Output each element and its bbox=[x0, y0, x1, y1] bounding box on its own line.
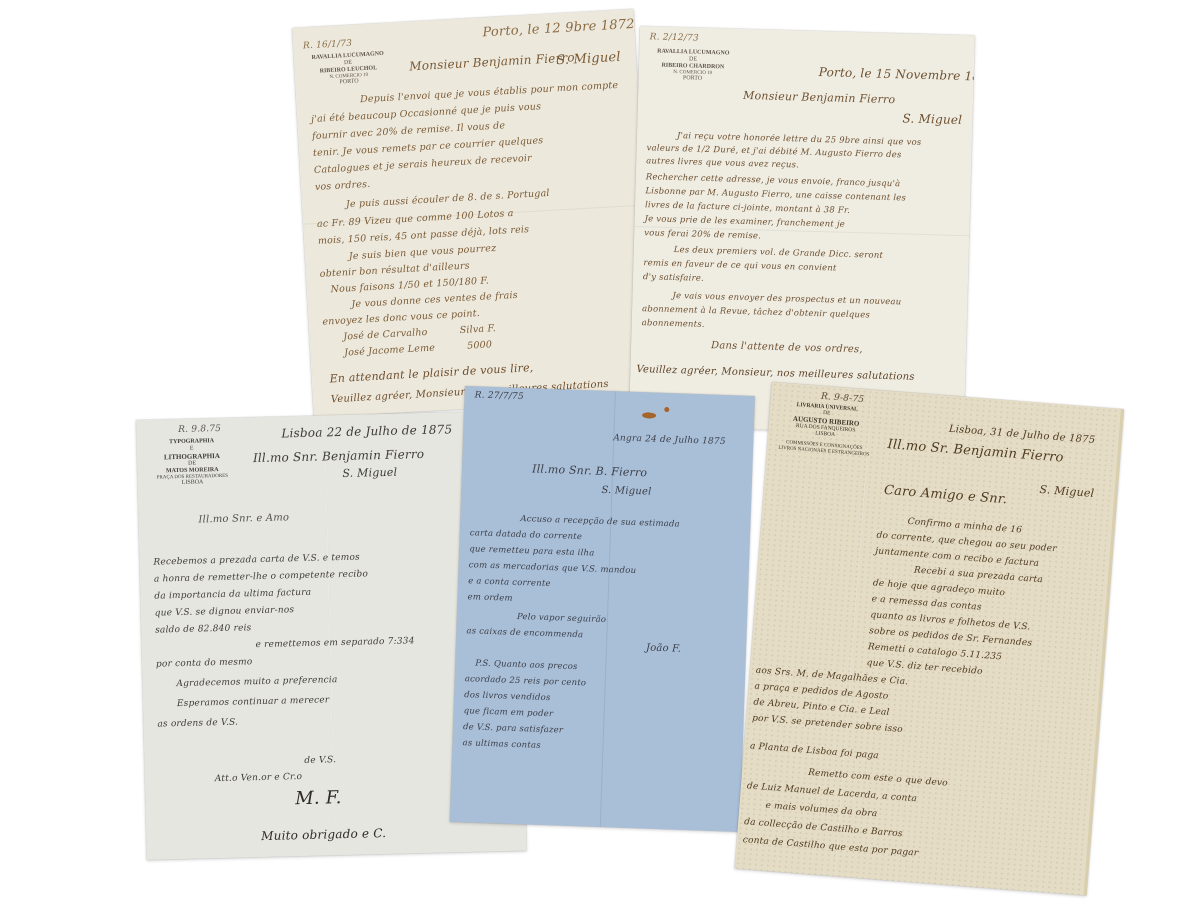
body-line: carta datada do corrente bbox=[470, 528, 583, 542]
body-line: a Planta de Lisboa foi paga bbox=[750, 741, 880, 761]
body-line: livres de la facture ci-jointe, montant … bbox=[645, 200, 850, 216]
reference-note: R. 2/12/73 bbox=[650, 32, 699, 43]
addressee: Monsieur Benjamin Fierro bbox=[409, 50, 575, 73]
closing-line: de V.S. bbox=[304, 755, 336, 766]
place: S. Miguel bbox=[1039, 483, 1095, 500]
body-line: abonnement à la Revue, tâchez d'obtenir … bbox=[642, 304, 870, 320]
body-line: j'ai été beaucoup Occasionné que je puis… bbox=[311, 101, 542, 125]
body-line: Les deux premiers vol. de Grande Dicc. s… bbox=[674, 245, 884, 261]
body-line: Recebemos a prezada carta de V.S. e temo… bbox=[153, 553, 360, 568]
body-line: Confirmo a minha de 16 bbox=[907, 517, 1022, 536]
dateline: Porto, le 15 Novembre 1873 bbox=[819, 65, 975, 84]
body-line: José Jacome Leme 5000 bbox=[344, 339, 493, 358]
body-line: Je vais vous envoyer des prospectus et u… bbox=[672, 291, 901, 307]
reference-note: R. 9.8.75 bbox=[178, 424, 221, 435]
body-line: que remetteu para esta ilha bbox=[469, 544, 594, 558]
body-line: a honra de remetter-lhe o competente rec… bbox=[154, 569, 368, 584]
letterhead: Ravallia Lucumagno de Ribeiro Chardron N… bbox=[642, 48, 743, 84]
addressee: Ill.mo Snr. Benjamin Fierro bbox=[253, 447, 425, 465]
body-line: e a conta corrente bbox=[468, 576, 551, 589]
letter-top-left: R. 16/1/73 Ravallia Lucumagno de Ribeiro… bbox=[292, 9, 655, 417]
body-line: acordado 25 reis por cento bbox=[465, 674, 587, 688]
body-line: em ordem bbox=[467, 592, 512, 604]
body-line: Accuso a recepção de sua estimada bbox=[520, 514, 680, 530]
letterhead-line: Lisboa bbox=[137, 479, 247, 489]
body-line: P.S. Quanto aos precos bbox=[475, 659, 578, 673]
reference-note: R. 16/1/73 bbox=[303, 39, 353, 52]
body-line: Depuis l'envoi que je vous établis pour … bbox=[360, 80, 619, 105]
rust-stain bbox=[642, 412, 656, 418]
signature: João F. bbox=[646, 642, 682, 654]
footer-note: Muito obrigado e C. bbox=[261, 826, 386, 843]
closing-line: Veuillez agréer, Monsieur, nos meilleure… bbox=[636, 364, 915, 383]
dateline: Lisboa 22 de Julho de 1875 bbox=[281, 422, 452, 440]
addressee: Monsieur Benjamin Fierro bbox=[743, 89, 896, 106]
letterhead: Typographia e Lithographia de Matos More… bbox=[136, 437, 247, 488]
salutation: Caro Amigo e Snr. bbox=[883, 483, 1007, 507]
body-line: as ultimas contas bbox=[462, 738, 541, 751]
body-line: que V.S. se dignou enviar-nos bbox=[155, 605, 295, 618]
body-line: Je suis bien que vous pourrez bbox=[349, 243, 497, 262]
body-line: autres livres que vous avez reçus. bbox=[646, 156, 799, 170]
body-line: da collecção de Castilho e Barros bbox=[744, 817, 903, 839]
body-line: da importancia da ultima factura bbox=[154, 588, 311, 602]
place: S. Miguel bbox=[342, 466, 397, 480]
body-line: remis en faveur de ce qui vous en convie… bbox=[643, 258, 837, 273]
body-line: as ordens de V.S. bbox=[157, 718, 238, 730]
body-line: de V.S. para satisfazer bbox=[463, 722, 563, 735]
salutation: Ill.mo Snr. e Amo bbox=[198, 512, 289, 525]
body-line: Je vous donne ces ventes de frais bbox=[351, 290, 518, 310]
letterhead: Livraria Universal de Augusto Ribeiro Ru… bbox=[771, 400, 881, 459]
letter-bottom-right: R. 9-8-75 Livraria Universal de Augusto … bbox=[735, 382, 1124, 896]
rust-stain bbox=[664, 407, 669, 412]
letter-body: Accuso a recepção de sua estimada carta … bbox=[471, 512, 741, 521]
letter-bottom-center: R. 27/7/75 Angra 24 de Julho 1875 Ill.mo… bbox=[450, 386, 755, 832]
body-line: por conta do mesmo bbox=[156, 657, 253, 669]
letter-body: Confirmo a minha de 16 do corrente, que … bbox=[768, 506, 1107, 532]
body-line: Dans l'attente de vos ordres, bbox=[711, 340, 863, 355]
body-line: d'y satisfaire. bbox=[643, 272, 704, 284]
place: S. Miguel bbox=[902, 111, 962, 127]
body-line: e remettemos em separado 7:334 bbox=[255, 636, 414, 650]
body-line: Remetto com este o que devo bbox=[808, 768, 948, 789]
body-line: que ficam em poder bbox=[463, 706, 553, 719]
body-line: saldo de 82.840 reis bbox=[155, 623, 252, 635]
body-line: e mais volumes da obra bbox=[765, 801, 878, 820]
closing-line: Att.o Ven.or e Cr.o bbox=[215, 772, 303, 784]
body-line: abonnements. bbox=[642, 318, 705, 330]
letter-top-right: R. 2/12/73 Ravallia Lucumagno de Ribeiro… bbox=[629, 26, 975, 435]
letterhead: Ravallia Lucumagno de Ribeiro Leuchol N.… bbox=[298, 50, 400, 89]
place: S. Miguel bbox=[601, 485, 651, 498]
reference-note: R. 9-8-75 bbox=[821, 392, 865, 405]
place: S. Miguel bbox=[556, 50, 621, 69]
letterhead-line: Porto bbox=[642, 75, 742, 85]
body-line: Pelo vapor seguirão bbox=[517, 612, 606, 625]
body-line: vos ordres. bbox=[315, 179, 371, 193]
body-line: Agradecemos muito a preferencia bbox=[176, 675, 337, 689]
body-line: dos livros vendidos bbox=[464, 690, 551, 703]
body-line: vous ferai 20% de remise. bbox=[644, 228, 761, 241]
body-line: que V.S. diz ter recebido bbox=[866, 658, 983, 677]
body-line: Je puis aussi écouler de 8. de s. Portug… bbox=[346, 188, 550, 210]
body-line: com as mercadorias que V.S. mandou bbox=[469, 560, 637, 576]
letter-body: J'ai reçu votre honorée lettre du 25 9br… bbox=[647, 130, 967, 139]
signature: M. F. bbox=[295, 787, 342, 809]
addressee: Ill.mo Snr. B. Fierro bbox=[532, 462, 648, 479]
closing-line: En attendant le plaisir de vous lire, bbox=[329, 361, 534, 385]
body-line: as caixas de encommenda bbox=[466, 626, 583, 640]
dateline: Porto, le 12 9bre 1872 bbox=[482, 17, 635, 40]
body-line: Esperamos continuar a merecer bbox=[177, 695, 330, 709]
dateline: Angra 24 de Julho 1875 bbox=[613, 433, 726, 447]
reference-note: R. 27/7/75 bbox=[475, 390, 525, 402]
body-line: e a remessa das contas bbox=[871, 594, 982, 612]
